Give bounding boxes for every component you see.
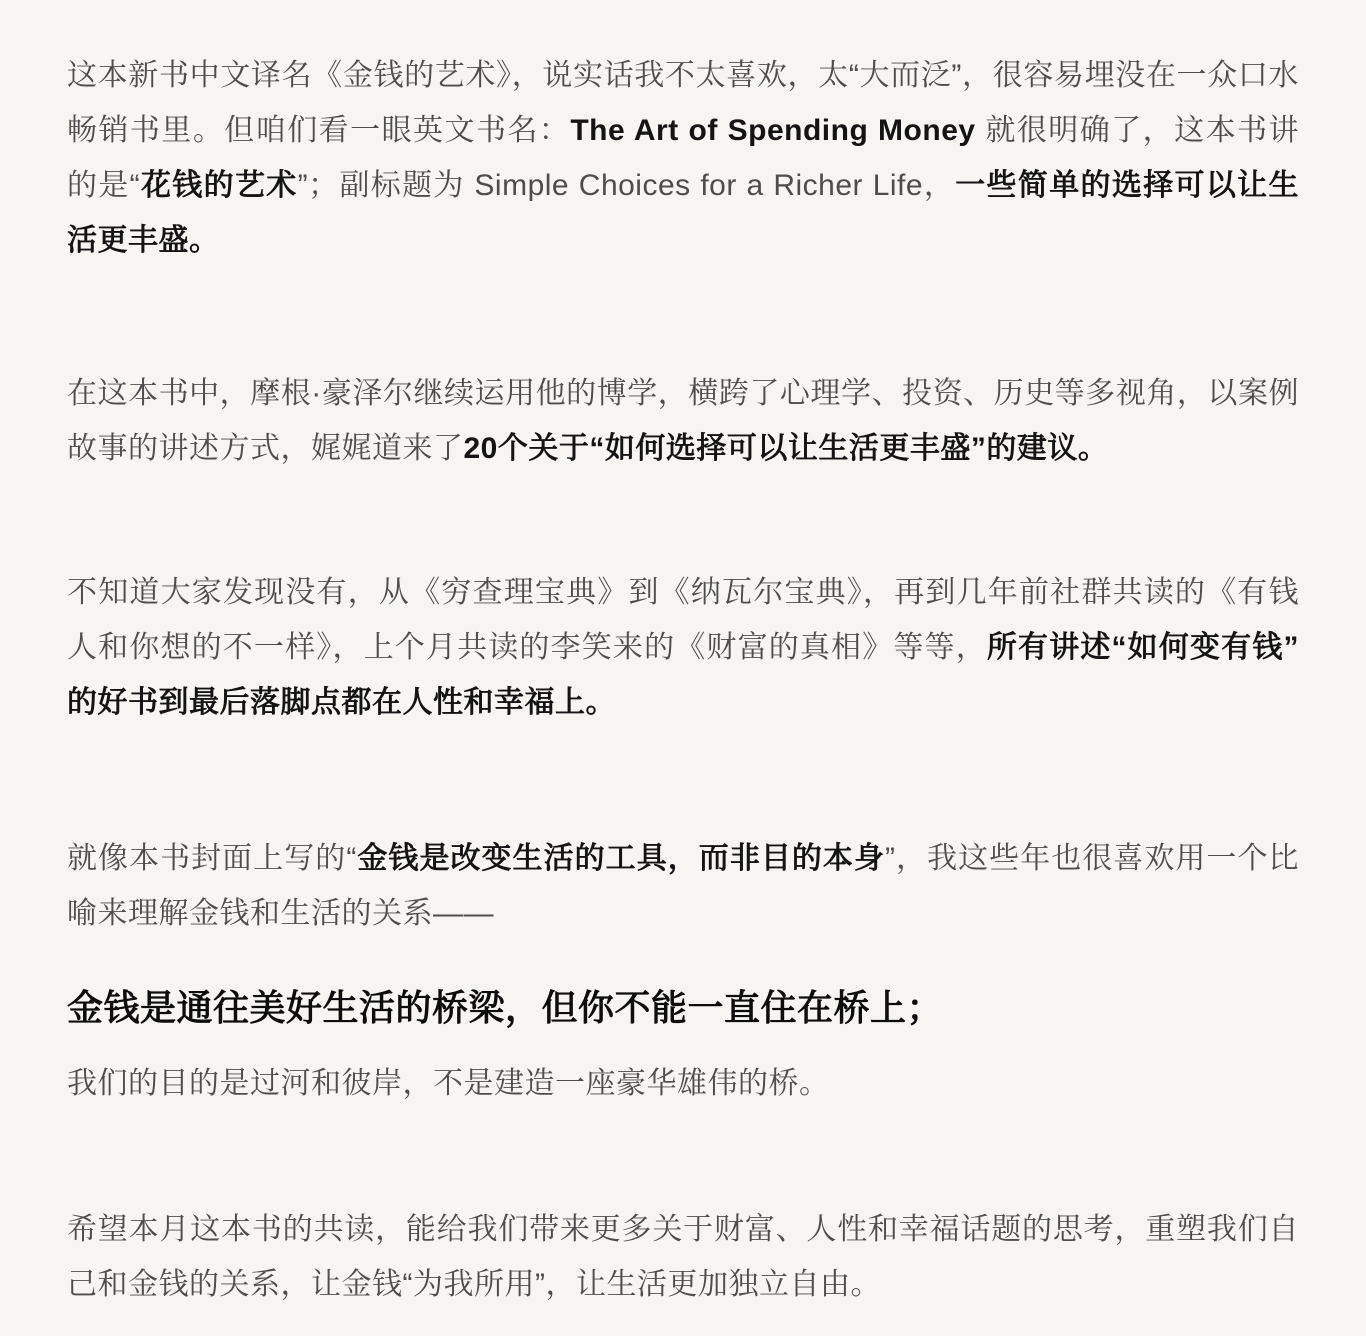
bold-text-run: 20个关于“如何选择可以让生活更丰盛”的建议。 — [464, 432, 1109, 465]
article-page: 这本新书中文译名《金钱的艺术》，说实话我不太喜欢，太“大而泛”，很容易埋没在一众… — [0, 0, 1366, 1336]
text-run: ”；副标题为 Simple Choices for a Richer Life， — [298, 169, 956, 202]
bold-text-run: 金钱是改变生活的工具，而非目的本身 — [357, 842, 885, 875]
bridge-subtext: 我们的目的是过河和彼岸，不是建造一座豪华雄伟的桥。 — [67, 1056, 1299, 1111]
text-run: 希望本月这本书的共读，能给我们带来更多关于财富、人性和幸福话题的思考，重塑我们自… — [67, 1213, 1299, 1301]
bold-text-run: 花钱的艺术 — [140, 169, 297, 202]
paragraph-cover-quote: 就像本书封面上写的“金钱是改变生活的工具，而非目的本身”，我这些年也很喜欢用一个… — [67, 831, 1299, 941]
article-body: 这本新书中文译名《金钱的艺术》，说实话我不太喜欢，太“大而泛”，很容易埋没在一众… — [0, 0, 1366, 1336]
paragraph-book-title: 这本新书中文译名《金钱的艺术》，说实话我不太喜欢，太“大而泛”，很容易埋没在一众… — [67, 48, 1299, 268]
paragraph-author-approach: 在这本书中，摩根·豪泽尔继续运用他的博学，横跨了心理学、投资、历史等多视角，以案… — [67, 366, 1299, 476]
text-run: 就像本书封面上写的“ — [67, 842, 357, 875]
paragraph-closing: 希望本月这本书的共读，能给我们带来更多关于财富、人性和幸福话题的思考，重塑我们自… — [67, 1202, 1299, 1312]
bridge-metaphor-heading: 金钱是通往美好生活的桥梁，但你不能一直住在桥上； — [67, 983, 1299, 1033]
bold-text-run: The Art of Spending Money — [570, 114, 975, 147]
paragraph-related-books: 不知道大家发现没有，从《穷查理宝典》到《纳瓦尔宝典》，再到几年前社群共读的《有钱… — [67, 565, 1299, 730]
